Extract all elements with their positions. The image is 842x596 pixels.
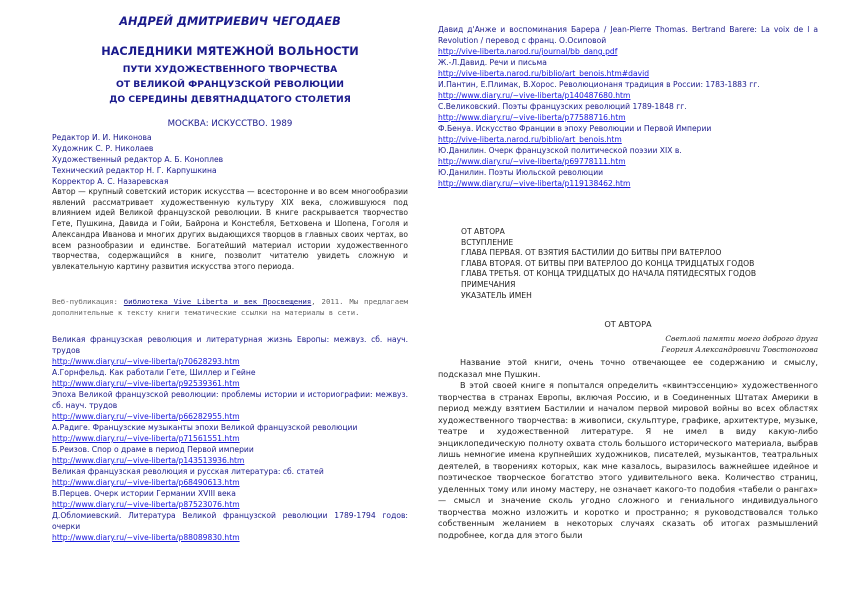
reference-url-link[interactable]: http://www.diary.ru/~vive-liberta/p14351… — [52, 455, 408, 466]
section-title: ОТ АВТОРА — [438, 319, 818, 329]
reference-url-link[interactable]: http://www.diary.ru/~vive-liberta/p68490… — [52, 477, 408, 488]
reference-title: А.Радиге. Французские музыканты эпохи Ве… — [52, 422, 408, 433]
subtitle-line: ДО СЕРЕДИНЫ ДЕВЯТНАДЦАТОГО СТОЛЕТИЯ — [52, 92, 408, 107]
reference-url-link[interactable]: http://www.diary.ru/~vive-liberta/p14048… — [438, 90, 818, 101]
toc-item[interactable]: ВСТУПЛЕНИЕ — [461, 238, 821, 249]
reference-title: И.Пантин, Е.Плимак, В.Хорос. Революциона… — [438, 79, 818, 90]
reference-url-link[interactable]: http://www.diary.ru/~vive-liberta/p87523… — [52, 499, 408, 510]
table-of-contents: ОТ АВТОРАВСТУПЛЕНИЕГЛАВА ПЕРВАЯ. ОТ ВЗЯТ… — [461, 227, 821, 301]
reference-title: Великая французская революция и русская … — [52, 466, 408, 477]
left-page: АНДРЕЙ ДМИТРИЕВИЧ ЧЕГОДАЕВ НАСЛЕДНИКИ МЯ… — [0, 0, 421, 596]
reference-url-link[interactable]: http://vive-liberta.narod.ru/journal/bb_… — [438, 46, 818, 57]
reference-url-link[interactable]: http://www.diary.ru/~vive-liberta/p88089… — [52, 532, 408, 543]
reference-title: Д.Обломиевский. Литература Великой франц… — [52, 510, 408, 532]
body-paragraph: Название этой книги, очень точно отвечаю… — [438, 357, 818, 380]
reference-url-link[interactable]: http://www.diary.ru/~vive-liberta/p71561… — [52, 433, 408, 444]
reference-url-link[interactable]: http://vive-liberta.narod.ru/biblio/art_… — [438, 134, 818, 145]
right-page: Давид д'Анже и воспоминания Барера / Jea… — [421, 0, 842, 596]
reference-title: Ю.Данилин. Очерк французской политическо… — [438, 145, 818, 156]
reference-url-link[interactable]: http://www.diary.ru/~vive-liberta/p66282… — [52, 411, 408, 422]
reference-title: Эпоха Великой французской революции: про… — [52, 389, 408, 411]
library-link[interactable]: библиотека Vive Liberta и век Просвещени… — [124, 297, 312, 306]
credit-art-editor: Художественный редактор А. Б. Коноплев — [52, 155, 408, 166]
credit-proofreader: Корректор А. С. Назаревская — [52, 177, 408, 188]
reference-title: Ж.-Л.Давид. Речи и письма — [438, 57, 818, 68]
reference-url-link[interactable]: http://www.diary.ru/~vive-liberta/p92539… — [52, 378, 408, 389]
web-publication-note: Веб-публикация: библиотека Vive Liberta … — [52, 297, 408, 318]
body-text: Название этой книги, очень точно отвечаю… — [438, 357, 818, 541]
dedication-line: Светлой памяти моего доброго друга — [438, 333, 818, 344]
credit-tech-editor: Технический редактор Н. Г. Карпушкина — [52, 166, 408, 177]
credit-editor: Редактор И. И. Никонова — [52, 133, 408, 144]
subtitle-line: ОТ ВЕЛИКОЙ ФРАНЦУЗСКОЙ РЕВОЛЮЦИИ — [52, 77, 408, 92]
reference-links-right: Давид д'Анже и воспоминания Барера / Jea… — [438, 24, 818, 189]
reference-url-link[interactable]: http://www.diary.ru/~vive-liberta/p11913… — [438, 178, 818, 189]
toc-item[interactable]: ГЛАВА ТРЕТЬЯ. ОТ КОНЦА ТРИДЦАТЫХ ДО НАЧА… — [461, 269, 821, 280]
toc-item[interactable]: ГЛАВА ПЕРВАЯ. ОТ ВЗЯТИЯ БАСТИЛИИ ДО БИТВ… — [461, 248, 821, 259]
book-abstract: Автор — крупный советский историк искусс… — [52, 187, 408, 273]
reference-title: А.Горнфельд. Как работали Гете, Шиллер и… — [52, 367, 408, 378]
reference-url-link[interactable]: http://vive-liberta.narod.ru/biblio/art_… — [438, 68, 818, 79]
book-author: АНДРЕЙ ДМИТРИЕВИЧ ЧЕГОДАЕВ — [52, 15, 408, 28]
reference-title: Б.Реизов. Спор о драме в период Первой и… — [52, 444, 408, 455]
reference-url-link[interactable]: http://www.diary.ru/~vive-liberta/p77588… — [438, 112, 818, 123]
reference-title: Ф.Бенуа. Искусство Франции в эпоху Револ… — [438, 123, 818, 134]
body-paragraph: В этой своей книге я попытался определит… — [438, 380, 818, 541]
dedication: Светлой памяти моего доброго друга Георг… — [438, 333, 818, 355]
reference-title: В.Перцев. Очерк истории Германии XVIII в… — [52, 488, 408, 499]
web-pub-prefix: Веб-публикация: — [52, 297, 124, 306]
subtitle-line: ПУТИ ХУДОЖЕСТВЕННОГО ТВОРЧЕСТВА — [52, 62, 408, 77]
book-title: НАСЛЕДНИКИ МЯТЕЖНОЙ ВОЛЬНОСТИ — [52, 45, 408, 58]
dedication-line: Георгия Александровичи Товстоногова — [438, 344, 818, 355]
toc-item[interactable]: ГЛАВА ВТОРАЯ. ОТ БИТВЫ ПРИ ВАТЕРЛОО ДО К… — [461, 259, 821, 270]
toc-item[interactable]: ПРИМЕЧАНИЯ — [461, 280, 821, 291]
reference-title: Давид д'Анже и воспоминания Барера / Jea… — [438, 24, 818, 46]
reference-title: Великая французская революция и литерату… — [52, 334, 408, 356]
book-subtitle: ПУТИ ХУДОЖЕСТВЕННОГО ТВОРЧЕСТВА ОТ ВЕЛИК… — [52, 62, 408, 107]
credits: Редактор И. И. Никонова Художник С. Р. Н… — [52, 133, 408, 188]
toc-item[interactable]: УКАЗАТЕЛЬ ИМЕН — [461, 291, 821, 302]
reference-url-link[interactable]: http://www.diary.ru/~vive-liberta/p69778… — [438, 156, 818, 167]
credit-artist: Художник С. Р. Николаев — [52, 144, 408, 155]
reference-title: Ю.Данилин. Поэты Июльской революции — [438, 167, 818, 178]
reference-title: С.Великовский. Поэты французских революц… — [438, 101, 818, 112]
reference-url-link[interactable]: http://www.diary.ru/~vive-liberta/p70628… — [52, 356, 408, 367]
toc-item[interactable]: ОТ АВТОРА — [461, 227, 821, 238]
publisher-line: МОСКВА: ИСКУССТВО. 1989 — [52, 119, 408, 129]
reference-links-left: Великая французская революция и литерату… — [52, 334, 408, 543]
